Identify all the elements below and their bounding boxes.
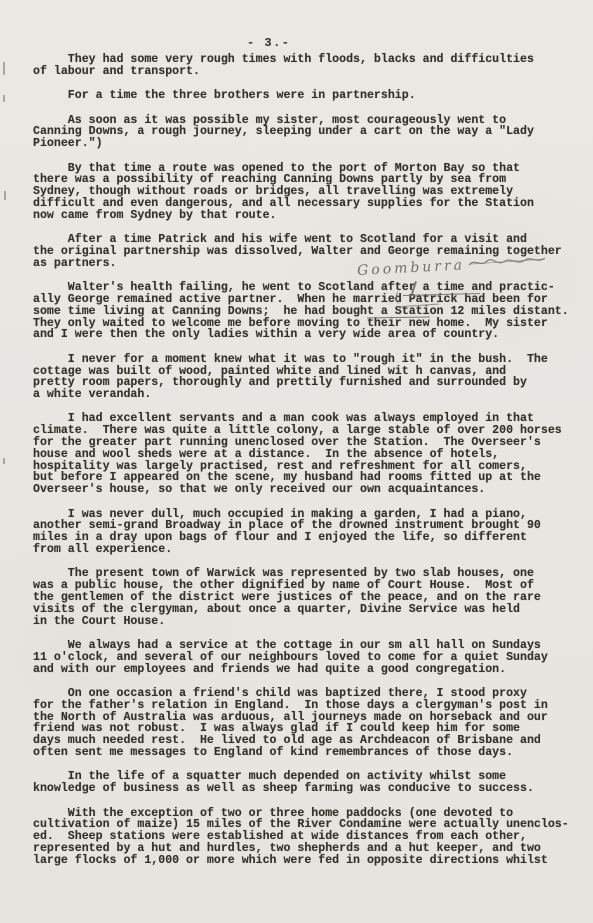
document-line: some time living at Canning Downs; he ha… [33,306,569,318]
document-line: a white verandah. [33,389,569,401]
document-line: house and wool sheds were at a distance.… [33,449,569,461]
document-line: often sent me messages to England of kin… [33,747,569,759]
document-line: Pioneer.") [33,138,569,150]
paragraph: The present town of Warwick was represen… [33,568,569,627]
document-line: and with our employees and friends we ha… [33,664,569,676]
paragraph: As soon as it was possible my sister, mo… [33,115,569,150]
document-line: Overseer's house, so that we only receiv… [33,484,569,496]
document-line: now came from Sydney by that route. [33,210,569,222]
paragraph: With the exception of two or three home … [33,808,569,867]
paragraph: Walter's health failing, he went to Scot… [33,282,569,341]
document-line: difficult and even dangerous, and all ne… [33,198,569,210]
document-line: Canning Downs, a rough journey, sleeping… [33,126,569,138]
paragraph: We always had a service at the cottage i… [33,640,569,675]
document-line: ally George remained active partner. Whe… [33,294,569,306]
document-line: for the father's relation in England. In… [33,700,569,712]
document-line: and I were then the only ladies within a… [33,329,569,341]
paragraph: For a time the three brothers were in pa… [33,90,569,102]
paragraph: I never for a moment knew what it was to… [33,354,569,401]
paragraph: In the life of a squatter much depended … [33,771,569,795]
document-line: of labour and transport. [33,66,569,78]
margin-mark [3,95,5,102]
paragraph: I was never dull, much occupied in makin… [33,509,569,556]
document-line: represented by a hut and hurdles, two sh… [33,843,569,855]
document-line: knowledge of business as well as sheep f… [33,783,569,795]
document-body: They had some very rough times with floo… [33,54,569,867]
margin-mark [4,191,6,200]
paragraph: By that time a route was opened to the p… [33,163,569,222]
document-line: visits of the clergyman, about once a qu… [33,604,569,616]
document-line: in the Court House. [33,616,569,628]
document-line: 11 o'clock, and several of our neighbour… [33,652,569,664]
paragraph: They had some very rough times with floo… [33,54,569,78]
document-line: I never for a moment knew what it was to… [33,354,569,366]
page-number: - 3.- [247,36,291,50]
margin-mark [3,458,5,464]
document-line: For a time the three brothers were in pa… [33,90,569,102]
document-page: - 3.- They had some very rough times wit… [0,0,593,923]
document-line: large flocks of 1,000 or more which were… [33,855,569,867]
pencil-bracket-mark [396,291,403,304]
margin-mark [3,62,5,75]
paragraph: I had excellent servants and a man cook … [33,413,569,496]
pencil-scribble-icon [467,252,548,270]
paragraph: On one occasion a friend's child was bap… [33,688,569,759]
document-line: from all experience. [33,544,569,556]
